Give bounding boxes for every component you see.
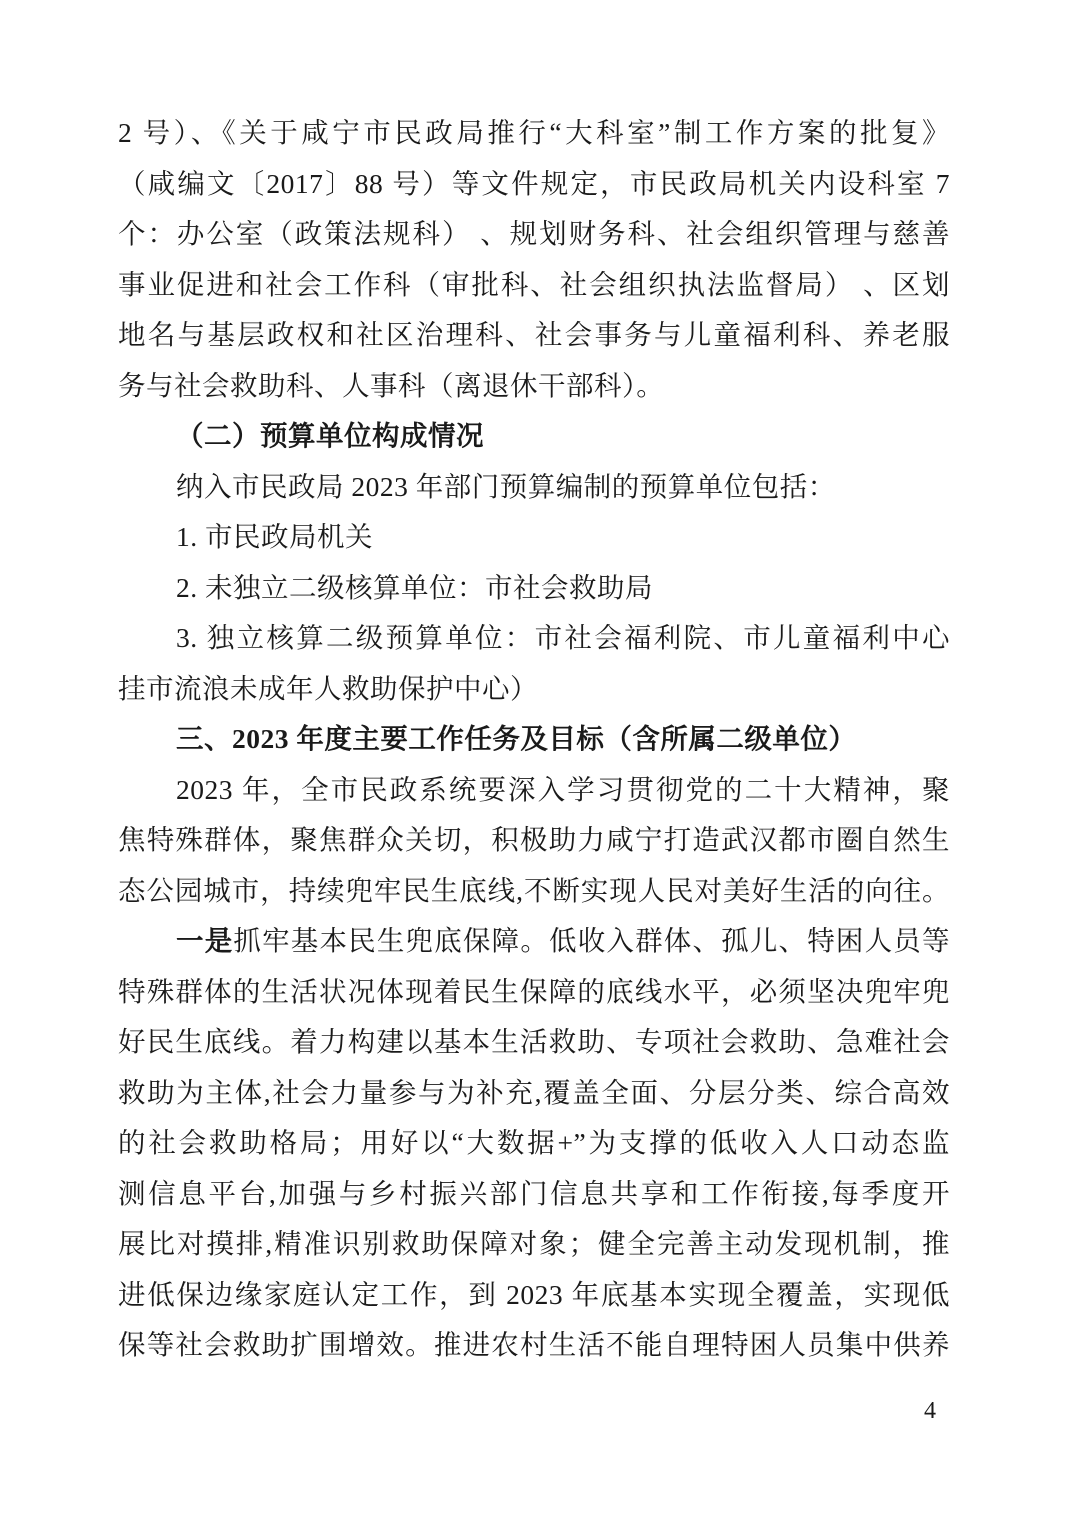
line-text: 个：办公室（政策法规科） 、规划财务科、社会组织管理与慈善	[118, 218, 950, 249]
line-text: 务与社会救助科、人事科（离退休干部科）。	[118, 370, 664, 401]
line-text: （二）预算单位构成情况	[176, 420, 484, 451]
line-text: （咸编文〔2017〕88 号）等文件规定，市民政局机关内设科室 7	[118, 168, 950, 199]
line-text: 的社会救助格局；用好以“大数据+”为支撑的低收入人口动态监	[118, 1127, 950, 1158]
document-line: 三、2023 年度主要工作任务及目标（含所属二级单位）	[118, 714, 950, 765]
document-line: 测信息平台,加强与乡村振兴部门信息共享和工作衔接,每季度开	[118, 1169, 950, 1220]
document-line: 1. 市民政局机关	[118, 512, 950, 563]
line-text: 一是	[176, 925, 233, 956]
line-text: 救助为主体,社会力量参与为补充,覆盖全面、分层分类、综合高效	[118, 1077, 950, 1108]
line-text: 三、2023 年度主要工作任务及目标（含所属二级单位）	[176, 723, 856, 754]
document-line: 个：办公室（政策法规科） 、规划财务科、社会组织管理与慈善	[118, 209, 950, 260]
document-line: 保等社会救助扩围增效。推进农村生活不能自理特困人员集中供养	[118, 1320, 950, 1371]
document-line: 的社会救助格局；用好以“大数据+”为支撑的低收入人口动态监	[118, 1118, 950, 1169]
line-text: 态公园城市，持续兜牢民生底线,不断实现人民对美好生活的向往。	[118, 875, 950, 906]
line-text: 好民生底线。着力构建以基本生活救助、专项社会救助、急难社会	[118, 1026, 950, 1057]
document-line: 2. 未独立二级核算单位：市社会救助局	[118, 563, 950, 614]
line-text: 2. 未独立二级核算单位：市社会救助局	[176, 572, 653, 603]
line-text: 1. 市民政局机关	[176, 521, 373, 552]
line-text: 特殊群体的生活状况体现着民生保障的底线水平，必须坚决兜牢兜	[118, 976, 950, 1007]
document-line: 事业促进和社会工作科（审批科、社会组织执法监督局） 、区划	[118, 260, 950, 311]
document-line: 务与社会救助科、人事科（离退休干部科）。	[118, 361, 950, 412]
document-line: 好民生底线。着力构建以基本生活救助、专项社会救助、急难社会	[118, 1017, 950, 1068]
document-line: 挂市流浪未成年人救助保护中心）	[118, 664, 950, 715]
document-line: 3. 独立核算二级预算单位：市社会福利院、市儿童福利中心（加	[118, 613, 950, 664]
document-line: 地名与基层政权和社区治理科、社会事务与儿童福利科、养老服	[118, 310, 950, 361]
document-line: 进低保边缘家庭认定工作，到 2023 年底基本实现全覆盖，实现低	[118, 1270, 950, 1321]
line-text: 事业促进和社会工作科（审批科、社会组织执法监督局） 、区划	[118, 269, 950, 300]
document-line: 焦特殊群体，聚焦群众关切，积极助力咸宁打造武汉都市圈自然生	[118, 815, 950, 866]
document-line: （二）预算单位构成情况	[118, 411, 950, 462]
document-line: 展比对摸排,精准识别救助保障对象；健全完善主动发现机制，推	[118, 1219, 950, 1270]
page-number: 4	[924, 1396, 964, 1426]
document-line: 2023 年，全市民政系统要深入学习贯彻党的二十大精神，聚	[118, 765, 950, 816]
line-text: 地名与基层政权和社区治理科、社会事务与儿童福利科、养老服	[118, 319, 950, 350]
line-text: 纳入市民政局 2023 年部门预算编制的预算单位包括：	[176, 471, 836, 502]
document-body: 2 号）、《关于咸宁市民政局推行“大科室”制工作方案的批复》（咸编文〔2017〕…	[118, 108, 950, 1371]
line-text: 2023 年，全市民政系统要深入学习贯彻党的二十大精神，聚	[176, 774, 950, 805]
document-line: 态公园城市，持续兜牢民生底线,不断实现人民对美好生活的向往。	[118, 866, 950, 917]
document-line: 2 号）、《关于咸宁市民政局推行“大科室”制工作方案的批复》	[118, 108, 950, 159]
document-line: 救助为主体,社会力量参与为补充,覆盖全面、分层分类、综合高效	[118, 1068, 950, 1119]
document-line: 特殊群体的生活状况体现着民生保障的底线水平，必须坚决兜牢兜	[118, 967, 950, 1018]
line-text: 抓牢基本民生兜底保障。低收入群体、孤儿、特困人员等	[233, 925, 950, 956]
document-page: 2 号）、《关于咸宁市民政局推行“大科室”制工作方案的批复》（咸编文〔2017〕…	[0, 0, 1069, 1514]
line-text: 测信息平台,加强与乡村振兴部门信息共享和工作衔接,每季度开	[118, 1178, 950, 1209]
line-text: 保等社会救助扩围增效。推进农村生活不能自理特困人员集中供养	[118, 1329, 950, 1360]
line-text: 展比对摸排,精准识别救助保障对象；健全完善主动发现机制，推	[118, 1228, 950, 1259]
line-text: 2 号）、《关于咸宁市民政局推行“大科室”制工作方案的批复》	[118, 117, 950, 148]
document-line: 一是抓牢基本民生兜底保障。低收入群体、孤儿、特困人员等	[118, 916, 950, 967]
document-line: 纳入市民政局 2023 年部门预算编制的预算单位包括：	[118, 462, 950, 513]
line-text: 焦特殊群体，聚焦群众关切，积极助力咸宁打造武汉都市圈自然生	[118, 824, 950, 855]
line-text: 进低保边缘家庭认定工作，到 2023 年底基本实现全覆盖，实现低	[118, 1279, 950, 1310]
document-line: （咸编文〔2017〕88 号）等文件规定，市民政局机关内设科室 7	[118, 159, 950, 210]
line-text: 挂市流浪未成年人救助保护中心）	[118, 673, 538, 704]
line-text: 3. 独立核算二级预算单位：市社会福利院、市儿童福利中心（加	[118, 622, 950, 664]
